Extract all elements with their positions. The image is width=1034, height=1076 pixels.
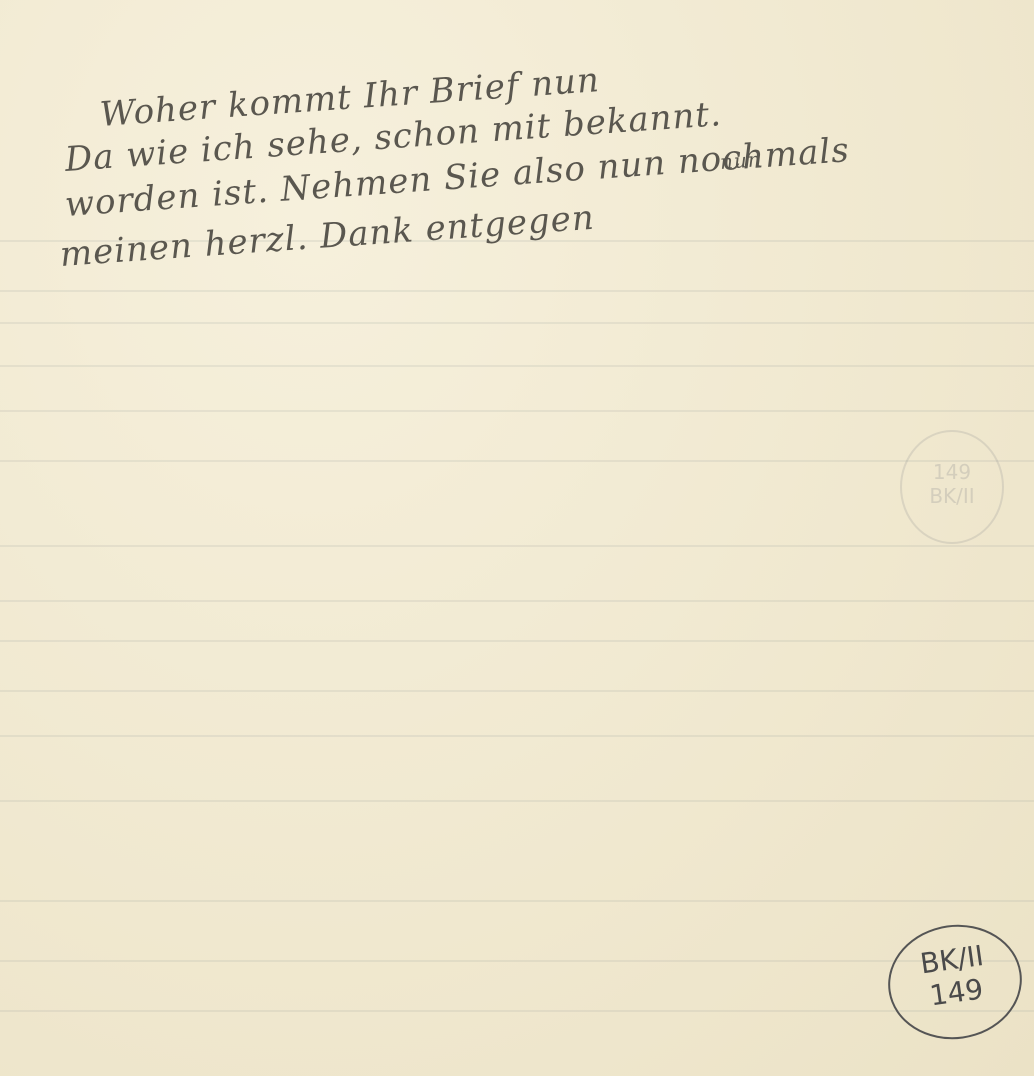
- document-page: 149 BK/II Woher kommt Ihr Brief nun Da w…: [0, 0, 1034, 1076]
- bleed-through-stamp: 149 BK/II: [900, 430, 1004, 544]
- bleed-through-stamp-line2: BK/II: [902, 484, 1002, 508]
- bleed-through-line: [0, 290, 1034, 292]
- bleed-through-line: [0, 640, 1034, 642]
- bleed-through-stamp-line1: 149: [902, 460, 1002, 484]
- bleed-through-line: [0, 960, 1034, 962]
- bleed-through-line: [0, 600, 1034, 602]
- bleed-through-line: [0, 365, 1034, 367]
- bleed-through-line: [0, 690, 1034, 692]
- bleed-through-line: [0, 900, 1034, 902]
- bleed-through-line: [0, 410, 1034, 412]
- bleed-through-line: [0, 545, 1034, 547]
- bleed-through-line: [0, 735, 1034, 737]
- bleed-through-line: [0, 800, 1034, 802]
- bleed-through-line: [0, 322, 1034, 324]
- interlinear-insertion: nun: [719, 147, 762, 174]
- archive-stamp: BK/II 149: [881, 916, 1030, 1048]
- bleed-through-line: [0, 460, 1034, 462]
- bleed-through-line: [0, 1010, 1034, 1012]
